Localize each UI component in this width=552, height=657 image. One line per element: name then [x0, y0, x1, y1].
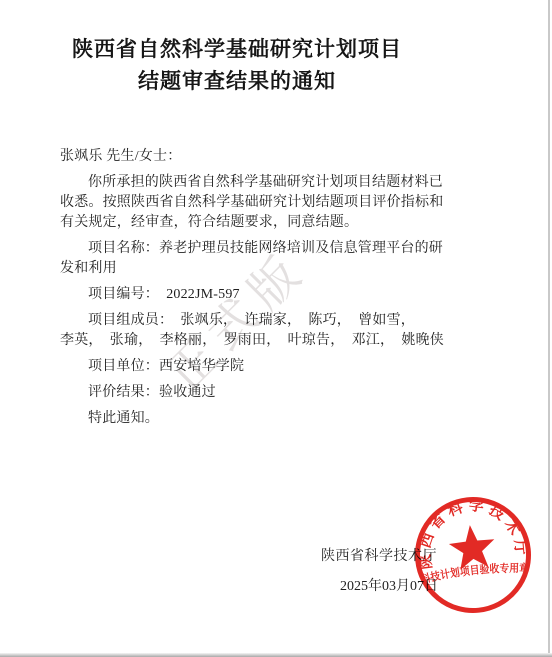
document-body: 张飒乐 先生/女士： 你所承担的陕西省自然科学基础研究计划项目结题材料已 收悉。…	[60, 147, 485, 429]
seal-banner-text: 科技计划项目验收专用章	[418, 557, 531, 587]
project-name-line: 发和利用	[60, 259, 485, 279]
page-edge-bottom	[0, 653, 552, 657]
project-number-line: 项目编号： 2022JM-597	[60, 285, 485, 305]
project-name-line: 项目名称：养老护理员技能网络培训及信息管理平台的研	[60, 239, 485, 259]
seal-graphic: 陕西省科学技术厅 科技计划项目验收专用章	[396, 478, 550, 632]
page-edge-right	[548, 0, 550, 657]
body-line: 你所承担的陕西省自然科学基础研究计划项目结题材料已	[60, 173, 485, 193]
body-line: 有关规定，经审查，符合结题要求，同意结题。	[60, 213, 485, 233]
title-line-1: 陕西省自然科学基础研究计划项目	[0, 34, 474, 66]
project-unit-line: 项目单位：西安培华学院	[60, 357, 485, 377]
evaluation-result-line: 评价结果：验收通过	[60, 383, 485, 403]
project-members-line: 李英， 张瑜， 李格丽， 罗雨田， 叶琼告， 邓江， 姚晚侠	[60, 331, 485, 351]
project-members-line: 项目组成员： 张飒乐， 许瑞家， 陈巧， 曾如雪，	[60, 311, 485, 331]
closing-line: 特此通知。	[60, 409, 485, 429]
seal-banner-text-wrap: 科技计划项目验收专用章	[418, 557, 531, 587]
title-line-2: 结题审查结果的通知	[0, 66, 474, 98]
body-line: 收悉。按照陕西省自然科学基础研究计划结题项目评价指标和	[60, 193, 485, 213]
document-page: 陕西省自然科学基础研究计划项目 结题审查结果的通知 正式版 张飒乐 先生/女士：…	[0, 0, 552, 657]
seal-star-icon	[447, 523, 497, 571]
document-title: 陕西省自然科学基础研究计划项目 结题审查结果的通知	[0, 34, 474, 98]
official-seal: 陕西省科学技术厅 科技计划项目验收专用章	[396, 478, 550, 632]
signature-date: 2025年03月07日	[200, 575, 438, 595]
salutation: 张飒乐 先生/女士：	[60, 147, 485, 167]
